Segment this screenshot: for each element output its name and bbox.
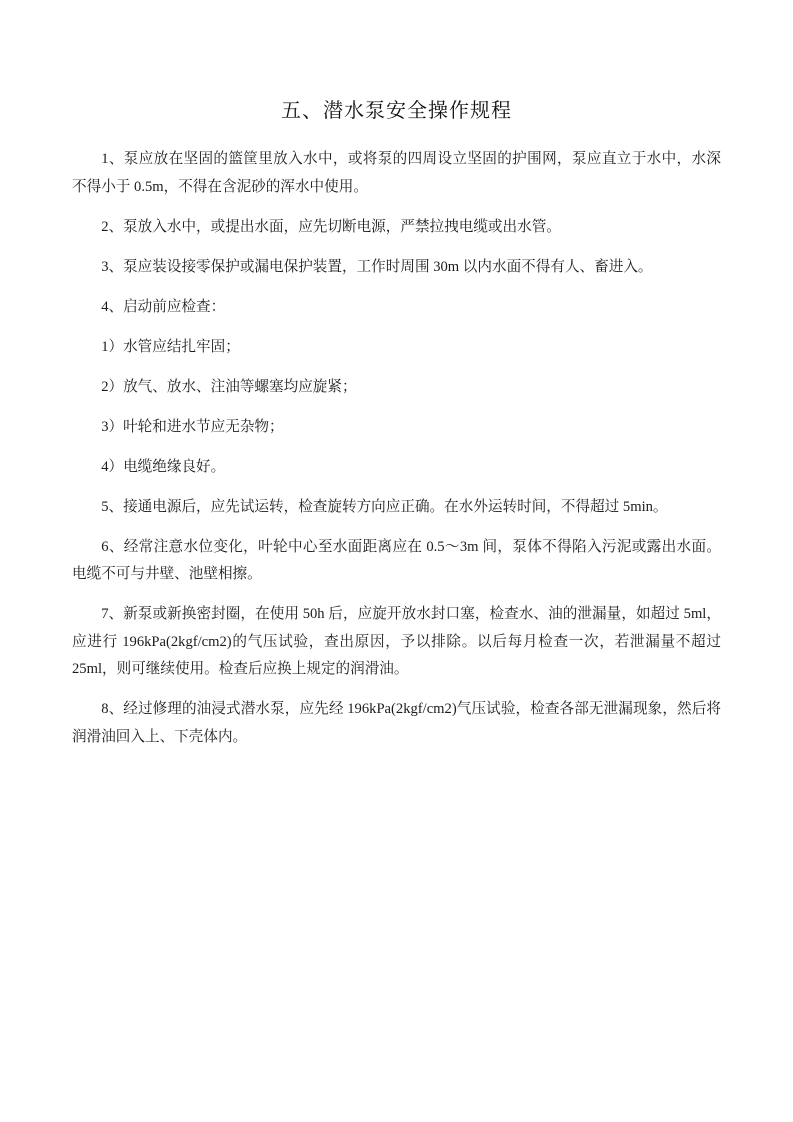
document-body: 1、泵应放在坚固的篮筐里放入水中，或将泵的四周设立坚固的护围网，泵应直立于水中，… [72,146,721,764]
paragraph-rule-8: 8、经过修理的油浸式潜水泵，应先经 196kPa(2kgf/cm2)气压试验，检… [72,696,721,751]
paragraph-rule-6: 6、经常注意水位变化，叶轮中心至水面距离应在 0.5～3m 间，泵体不得陷入污泥… [72,534,721,589]
paragraph-rule-5: 5、接通电源后，应先试运转，检查旋转方向应正确。在水外运转时间，不得超过 5mi… [72,494,721,522]
paragraph-rule-4-item-1: 1）水管应结扎牢固； [72,334,721,362]
paragraph-rule-7: 7、新泵或新换密封圈，在使用 50h 后，应旋开放水封口塞，检查水、油的泄漏量，… [72,601,721,684]
paragraph-rule-4-item-2: 2）放气、放水、注油等螺塞均应旋紧； [72,374,721,402]
document-page: 五、潜水泵安全操作规程 1、泵应放在坚固的篮筐里放入水中，或将泵的四周设立坚固的… [0,0,793,1122]
paragraph-rule-2: 2、泵放入水中，或提出水面，应先切断电源，严禁拉拽电缆或出水管。 [72,214,721,242]
paragraph-rule-4: 4、启动前应检查： [72,294,721,322]
paragraph-rule-3: 3、泵应装设接零保护或漏电保护装置，工作时周围 30m 以内水面不得有人、畜进入… [72,254,721,282]
paragraph-rule-4-item-3: 3）叶轮和进水节应无杂物； [72,414,721,442]
paragraph-rule-4-item-4: 4）电缆绝缘良好。 [72,454,721,482]
paragraph-rule-1: 1、泵应放在坚固的篮筐里放入水中，或将泵的四周设立坚固的护围网，泵应直立于水中，… [72,146,721,201]
document-title: 五、潜水泵安全操作规程 [0,94,793,123]
